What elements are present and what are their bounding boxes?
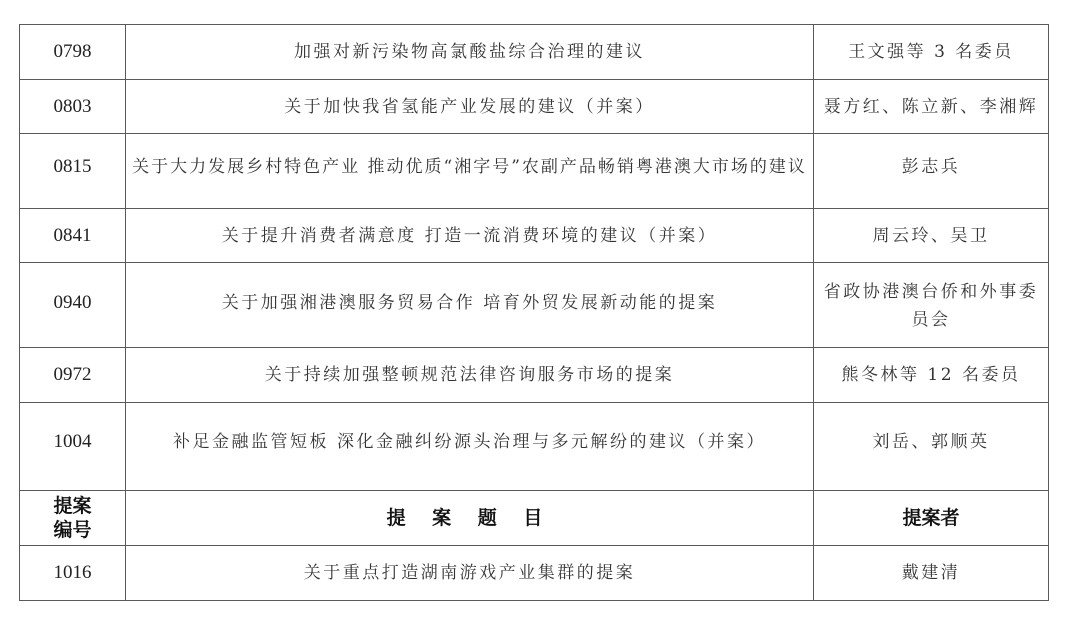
table-header-row: 提案 编号 提 案 题 目 提案者 bbox=[20, 491, 1049, 546]
table-row: 0972 关于持续加强整顿规范法律咨询服务市场的提案 熊冬林等 12 名委员 bbox=[20, 348, 1049, 403]
proposal-number: 0972 bbox=[20, 348, 126, 403]
proposal-number: 0940 bbox=[20, 263, 126, 348]
proposal-author: 戴建清 bbox=[814, 546, 1049, 601]
table-row: 0803 关于加快我省氢能产业发展的建议（并案） 聂方红、陈立新、李湘辉 bbox=[20, 80, 1049, 134]
table-row: 0815 关于大力发展乡村特色产业 推动优质“湘字号”农副产品畅销粤港澳大市场的… bbox=[20, 134, 1049, 209]
column-header-number-line1: 提案 bbox=[20, 494, 125, 518]
proposal-title: 关于持续加强整顿规范法律咨询服务市场的提案 bbox=[126, 348, 814, 403]
column-header-author: 提案者 bbox=[814, 491, 1049, 546]
proposal-author: 省政协港澳台侨和外事委员会 bbox=[814, 263, 1049, 348]
proposal-table: 0798 加强对新污染物高氯酸盐综合治理的建议 王文强等 3 名委员 0803 … bbox=[19, 24, 1049, 601]
proposal-number: 0815 bbox=[20, 134, 126, 209]
proposal-author: 刘岳、郭顺英 bbox=[814, 403, 1049, 491]
proposal-number: 1004 bbox=[20, 403, 126, 491]
proposal-author: 王文强等 3 名委员 bbox=[814, 25, 1049, 80]
proposal-author: 彭志兵 bbox=[814, 134, 1049, 209]
table-row: 0940 关于加强湘港澳服务贸易合作 培育外贸发展新动能的提案 省政协港澳台侨和… bbox=[20, 263, 1049, 348]
proposal-author: 聂方红、陈立新、李湘辉 bbox=[814, 80, 1049, 134]
column-header-number: 提案 编号 bbox=[20, 491, 126, 546]
proposal-number: 0841 bbox=[20, 209, 126, 263]
column-header-title: 提 案 题 目 bbox=[126, 491, 814, 546]
proposal-author: 熊冬林等 12 名委员 bbox=[814, 348, 1049, 403]
proposal-number: 0803 bbox=[20, 80, 126, 134]
table-row: 1004 补足金融监管短板 深化金融纠纷源头治理与多元解纷的建议（并案） 刘岳、… bbox=[20, 403, 1049, 491]
proposal-title: 关于重点打造湖南游戏产业集群的提案 bbox=[126, 546, 814, 601]
table-row: 1016 关于重点打造湖南游戏产业集群的提案 戴建清 bbox=[20, 546, 1049, 601]
column-header-number-line2: 编号 bbox=[20, 518, 125, 542]
proposal-title: 关于提升消费者满意度 打造一流消费环境的建议（并案） bbox=[126, 209, 814, 263]
table-row: 0798 加强对新污染物高氯酸盐综合治理的建议 王文强等 3 名委员 bbox=[20, 25, 1049, 80]
proposal-title: 加强对新污染物高氯酸盐综合治理的建议 bbox=[126, 25, 814, 80]
proposal-number: 0798 bbox=[20, 25, 126, 80]
proposal-title: 关于大力发展乡村特色产业 推动优质“湘字号”农副产品畅销粤港澳大市场的建议 bbox=[126, 134, 814, 209]
table-row: 0841 关于提升消费者满意度 打造一流消费环境的建议（并案） 周云玲、吴卫 bbox=[20, 209, 1049, 263]
proposal-author: 周云玲、吴卫 bbox=[814, 209, 1049, 263]
proposal-title: 补足金融监管短板 深化金融纠纷源头治理与多元解纷的建议（并案） bbox=[126, 403, 814, 491]
proposal-title: 关于加强湘港澳服务贸易合作 培育外贸发展新动能的提案 bbox=[126, 263, 814, 348]
proposal-number: 1016 bbox=[20, 546, 126, 601]
proposal-title: 关于加快我省氢能产业发展的建议（并案） bbox=[126, 80, 814, 134]
